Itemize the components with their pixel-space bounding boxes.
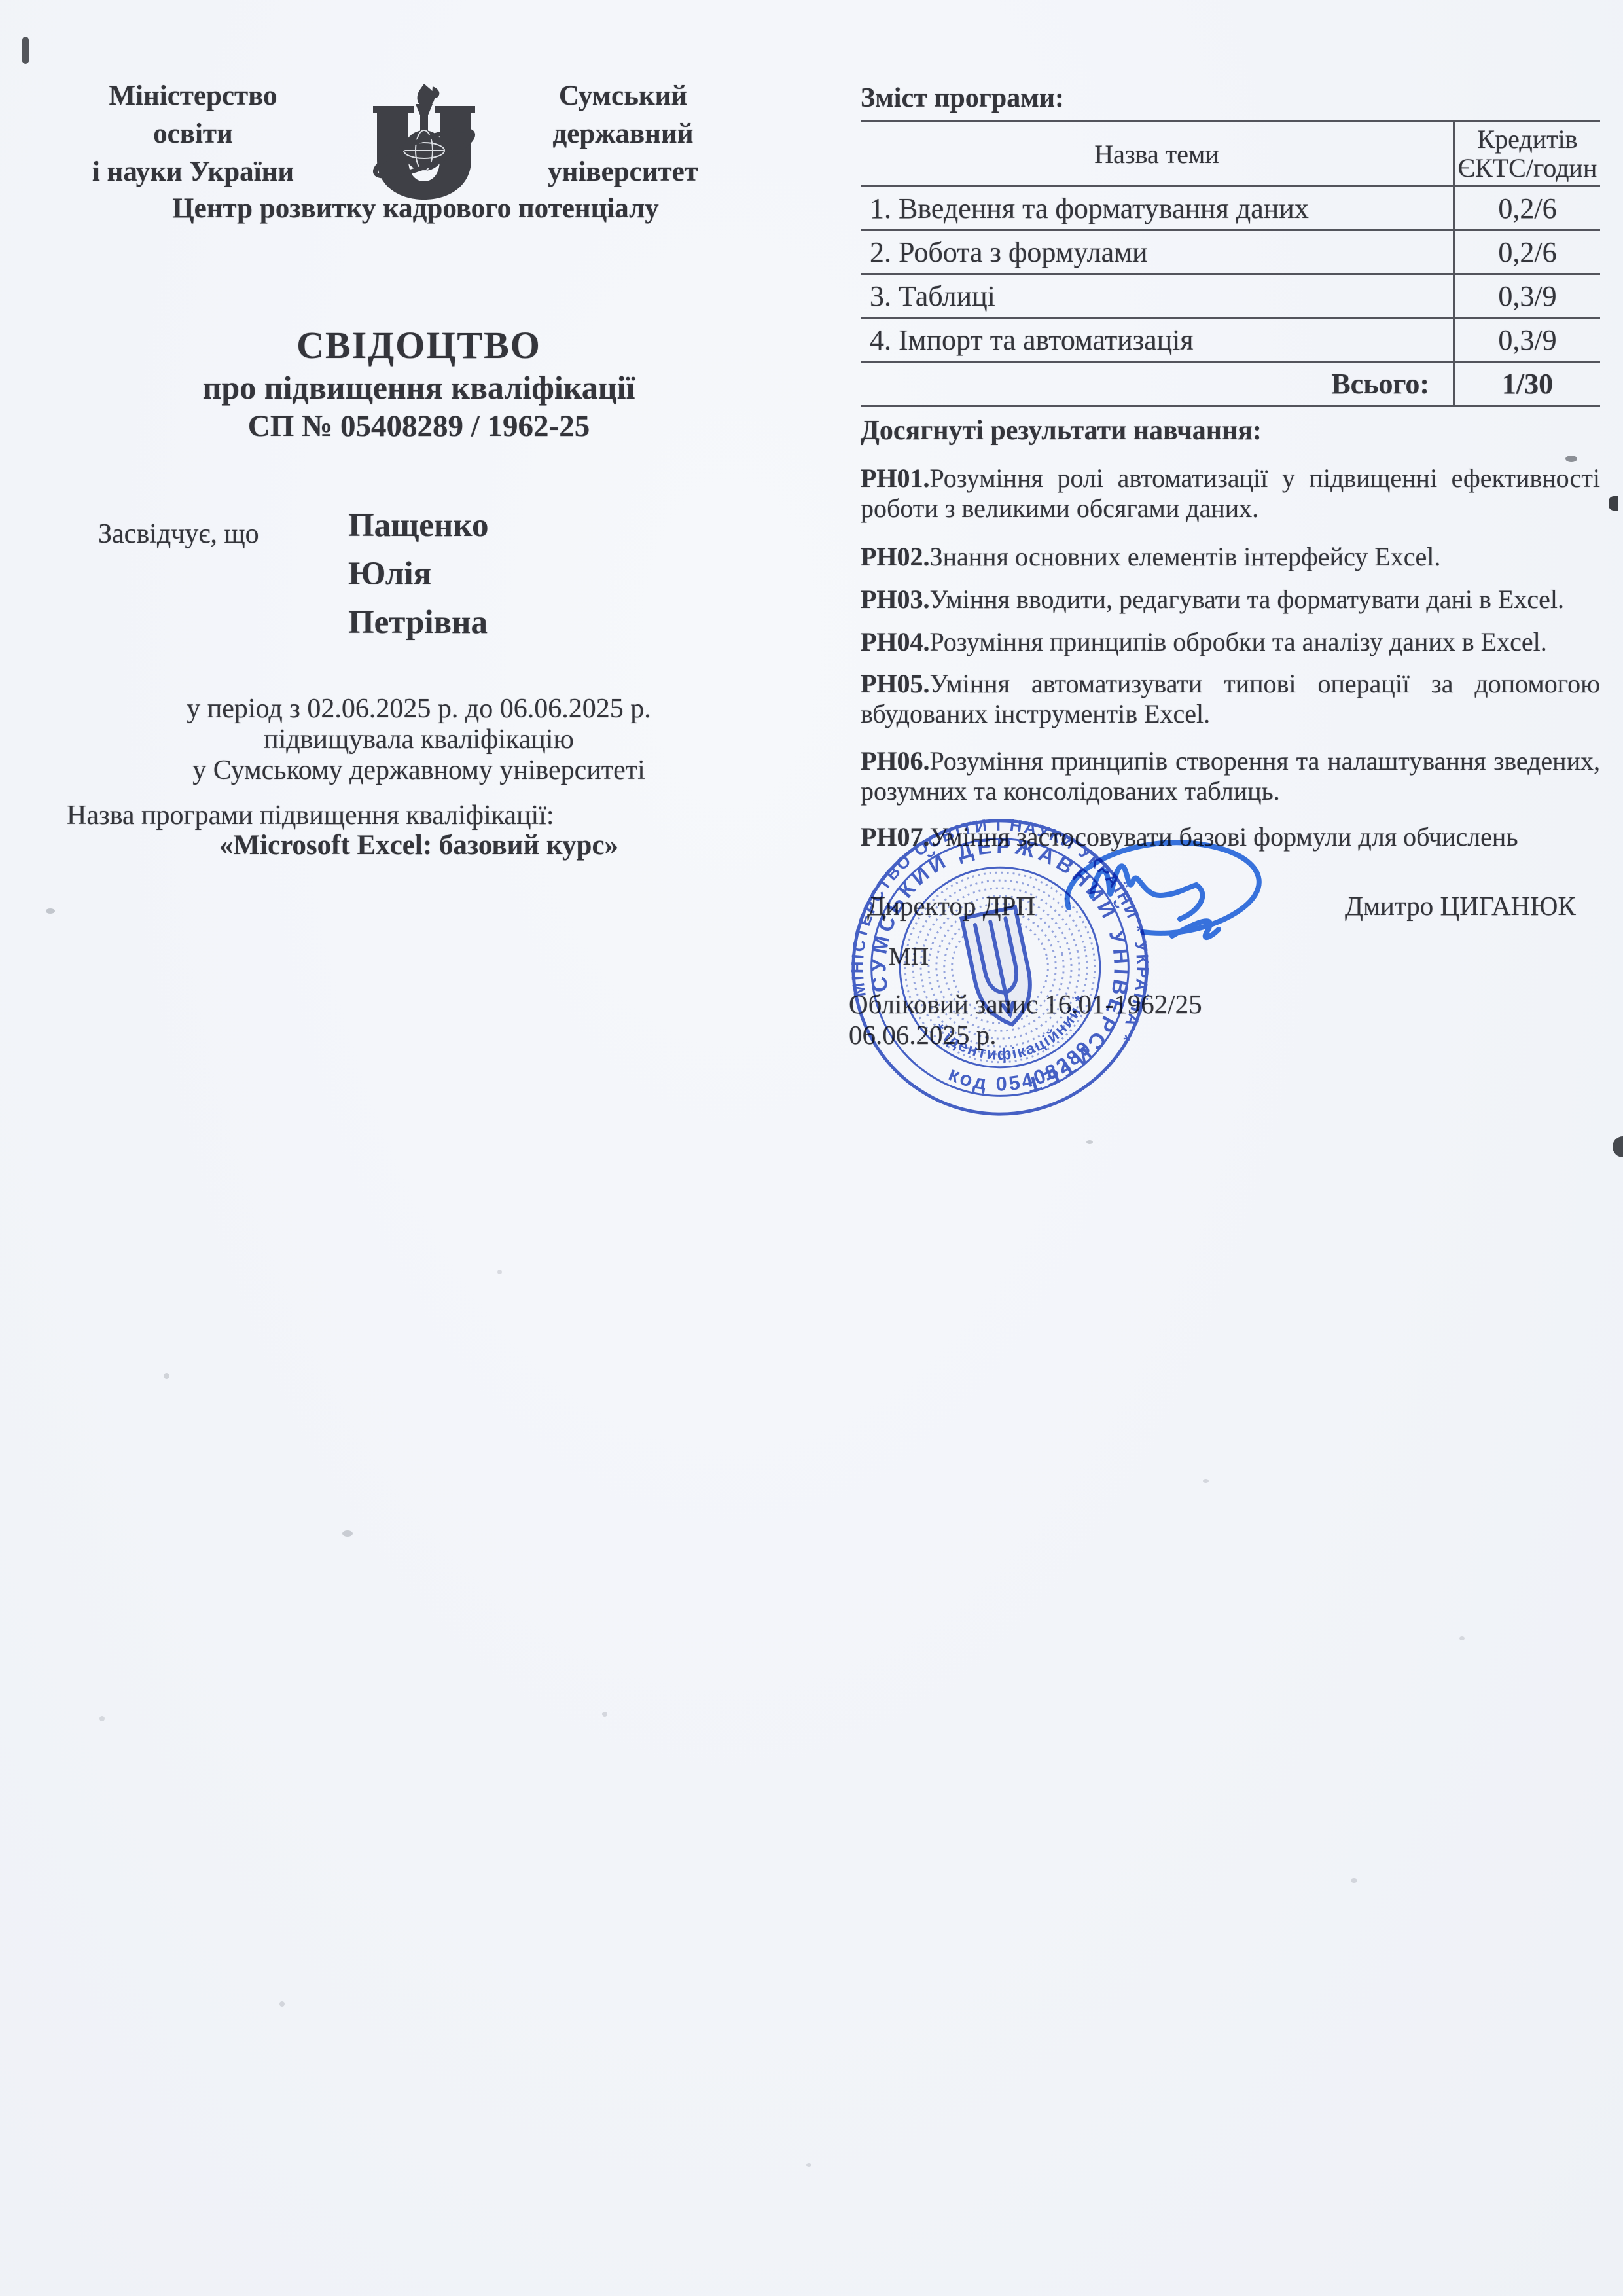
scan-speck: [1609, 496, 1618, 511]
certificate-title: СВІДОЦТВО: [92, 323, 746, 367]
torch-cup: [416, 104, 433, 115]
outcome-code: РН02.: [861, 542, 930, 571]
row-topic: Робота з формулами: [899, 236, 1148, 269]
outcome-text: Розуміння принципів обробки та аналізу д…: [930, 627, 1547, 656]
scan-speck: [1086, 1140, 1093, 1144]
program-contents-heading: Зміст програми:: [861, 82, 1064, 114]
table-row: 4. Імпорт та автоматизація 0,3/9: [861, 319, 1600, 363]
row-credits: 0,3/9: [1453, 275, 1600, 317]
total-label: Всього:: [861, 363, 1453, 405]
scanned-certificate-page: Міністерство освіти і науки України Сумс…: [0, 0, 1623, 2296]
certificate-number: СП № 05408289 / 1962-25: [92, 408, 746, 444]
learning-outcome-item: РН01.Розуміння ролі автоматизації у підв…: [861, 463, 1600, 524]
table-total-row: Всього: 1/30: [861, 363, 1600, 407]
row-topic: Імпорт та автоматизація: [899, 323, 1194, 357]
department-name: Центр розвитку кадрового потенціалу: [39, 192, 792, 224]
outcome-text: Знання основних елементів інтерфейсу Exc…: [930, 542, 1441, 571]
signature-scribble-stroke: [1092, 866, 1196, 896]
table-row: 1. Введення та форматування даних 0,2/6: [861, 187, 1600, 231]
outcome-text: Уміння вводити, редагувати та форматуват…: [930, 584, 1564, 614]
signature-svg: [1046, 833, 1275, 960]
holder-name: Пащенко Юлія Петрівна: [348, 501, 488, 647]
scan-speck: [342, 1530, 353, 1537]
ministry-line-3: і науки України: [65, 153, 321, 191]
outcome-code: РН05.: [861, 669, 930, 698]
scan-speck: [279, 2001, 285, 2007]
scan-speck: [497, 1270, 502, 1274]
row-credits: 0,2/6: [1453, 187, 1600, 229]
holder-firstname: Юлія: [348, 550, 488, 598]
university-line-2: державний: [512, 115, 734, 153]
ministry-name: Міністерство освіти і науки України: [65, 77, 321, 191]
outcome-text: Розуміння ролі автоматизації у підвищенн…: [861, 463, 1600, 523]
holder-surname: Пащенко: [348, 501, 488, 550]
university-line-3: університет: [512, 153, 734, 191]
table-row: 3. Таблиці 0,3/9: [861, 275, 1600, 319]
learning-outcome-item: РН06.Розуміння принципів створення та на…: [861, 746, 1600, 806]
program-contents-table: Назва теми Кредитів ЄКТС/годин 1. Введен…: [861, 120, 1600, 407]
scan-edge-blot: [1613, 1136, 1623, 1157]
column-header-topic: Назва теми: [861, 122, 1453, 185]
row-number: 3.: [870, 279, 899, 313]
university-logo-svg: [359, 82, 490, 204]
scan-speck: [99, 1716, 105, 1721]
program-label: Назва програми підвищення кваліфікації:: [67, 800, 554, 831]
learning-outcome-item: РН05.Уміння автоматизувати типові операц…: [861, 669, 1600, 729]
director-signature: [1046, 833, 1275, 960]
outcome-code: РН04.: [861, 627, 930, 656]
credits-header-line-2: ЄКТС/годин: [1458, 154, 1597, 183]
table-header-row: Назва теми Кредитів ЄКТС/годин: [861, 122, 1600, 187]
university-name: Сумський державний університет: [512, 77, 734, 191]
row-credits: 0,2/6: [1453, 231, 1600, 273]
certify-label: Засвідчує, що: [98, 518, 259, 550]
scan-speck: [46, 908, 55, 914]
certificate-subtitle: про підвищення кваліфікації: [92, 368, 746, 406]
scan-speck: [1203, 1479, 1209, 1483]
outcome-code: РН06.: [861, 746, 930, 776]
ministry-line-1: Міністерство: [65, 77, 321, 115]
period-line-1: у період з 02.06.2025 р. до 06.06.2025 р…: [92, 694, 746, 725]
total-value: 1/30: [1453, 363, 1600, 405]
outcome-text: Уміння автоматизувати типові операції за…: [861, 669, 1600, 728]
row-topic: Таблиці: [899, 279, 995, 313]
scan-speck: [602, 1712, 607, 1717]
holder-patronymic: Петрівна: [348, 598, 488, 647]
row-number: 2.: [870, 236, 899, 269]
scan-speck: [1351, 1878, 1357, 1883]
outcome-code: РН03.: [861, 584, 930, 614]
training-period: у період з 02.06.2025 р. до 06.06.2025 р…: [92, 694, 746, 786]
period-line-2: підвищувала кваліфікацію: [92, 725, 746, 755]
program-name: «Microsoft Excel: базовий курс»: [92, 829, 746, 861]
scan-speck: [1459, 1636, 1465, 1640]
row-credits: 0,3/9: [1453, 319, 1600, 361]
scan-speck: [164, 1373, 169, 1379]
learning-outcome-item: РН03.Уміння вводити, редагувати та форма…: [861, 584, 1600, 615]
outcome-code: РН01.: [861, 463, 930, 493]
scan-speck: [806, 2163, 811, 2167]
learning-outcome-item: РН04.Розуміння принципів обробки та анал…: [861, 627, 1600, 657]
row-number: 1.: [870, 192, 899, 225]
period-line-3: у Сумському державному університеті: [92, 755, 746, 786]
torch-flame-icon: [418, 84, 440, 107]
outcomes-heading: Досягнуті результати навчання:: [861, 415, 1262, 446]
university-logo: [359, 82, 490, 207]
row-topic: Введення та форматування даних: [899, 192, 1309, 225]
university-line-1: Сумський: [512, 77, 734, 115]
scan-speck: [22, 37, 29, 64]
ministry-line-2: освіти: [65, 115, 321, 153]
column-header-credits: Кредитів ЄКТС/годин: [1453, 122, 1600, 185]
credits-header-line-1: Кредитів: [1477, 125, 1577, 154]
outcome-text: Розуміння принципів створення та налашту…: [861, 746, 1600, 806]
table-row: 2. Робота з формулами 0,2/6: [861, 231, 1600, 275]
scan-speck: [1565, 456, 1577, 462]
signer-name: Дмитро ЦИГАНЮК: [1345, 890, 1607, 922]
learning-outcome-item: РН02.Знання основних елементів інтерфейс…: [861, 542, 1600, 572]
row-number: 4.: [870, 323, 899, 357]
